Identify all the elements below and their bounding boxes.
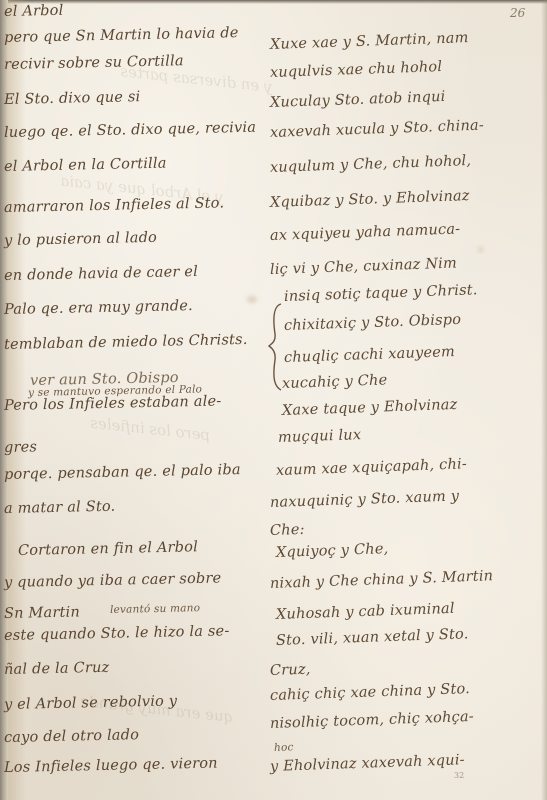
- left-line: Pero los Infieles estaban ale-: [4, 393, 222, 414]
- right-line: liç vi y Che, cuxinaz Nim: [270, 255, 458, 278]
- left-line: y el Arbol se rebolvio y: [4, 693, 178, 713]
- right-line: Xquiyoç y Che,: [276, 541, 389, 561]
- left-line: Sn Martin: [4, 604, 80, 622]
- right-line: xucahiç y Che: [282, 372, 388, 392]
- right-line: Cruz,: [270, 662, 311, 679]
- manuscript-page: y en diversas partes y el Arbol que ya c…: [0, 0, 547, 800]
- left-line: este quando Sto. le hizo la se-: [4, 623, 230, 644]
- paper-stain: [247, 296, 257, 303]
- right-line: xuqulvis xae chu hohol: [270, 59, 443, 81]
- right-line: cahiç chiç xae china y Sto.: [270, 681, 470, 704]
- interlinear-note: levantó su mano: [110, 602, 200, 616]
- left-line: Palo qe. era muy grande.: [4, 298, 193, 318]
- right-line: Sto. vili, xuan xetal y Sto.: [276, 626, 469, 649]
- right-line: hoc: [274, 741, 294, 754]
- left-line: Los Infieles luego qe. vieron: [4, 756, 218, 776]
- right-line: xaum xae xquiçapah, chi-: [276, 456, 467, 479]
- right-line: ax xquiyeu yaha namuca-: [270, 221, 461, 244]
- left-line: cayo del otro lado: [4, 727, 139, 746]
- left-line: y quando ya iba a caer sobre: [4, 570, 222, 591]
- right-line: chuqliç cachi xauyeem: [284, 344, 455, 366]
- left-line: ñal de la Cruz: [4, 660, 110, 678]
- left-line: a matar al Sto.: [4, 499, 116, 517]
- right-line: insiq sotiç taque y Christ.: [284, 282, 478, 305]
- left-line: recivir sobre su Cortilla: [4, 53, 184, 73]
- left-line: luego qe. el Sto. dixo que, recivia: [4, 120, 256, 141]
- right-line: muçqui lux: [278, 427, 362, 446]
- right-line: chixitaxiç y Sto. Obispo: [284, 312, 462, 334]
- right-line: Che:: [270, 522, 305, 539]
- right-line: Xuhosah y cab ixuminal: [276, 601, 455, 623]
- left-line: El Sto. dixo que si: [4, 89, 141, 108]
- right-line: Xuculay Sto. atob inqui: [270, 89, 446, 111]
- page-top-edge: [0, 0, 547, 4]
- footer-mark: 32: [454, 771, 464, 780]
- left-line: porqe. pensaban qe. el palo iba: [4, 462, 241, 483]
- right-line: Xaxe taque y Eholvinaz: [282, 397, 458, 419]
- right-line: Xuxe xae y S. Martin, nam: [270, 30, 469, 53]
- left-line: el Arbol: [4, 3, 64, 20]
- bleed-through-text: pero los infieles: [89, 414, 211, 444]
- left-line: Cortaron en fin el Arbol: [18, 539, 198, 559]
- page-right-edge: [541, 0, 547, 800]
- right-line: nixah y Che china y S. Martin: [270, 568, 494, 592]
- paper-stain: [478, 247, 483, 252]
- left-line: el Arbol en la Cortilla: [4, 156, 167, 175]
- right-line: xuqulum y Che, chu hohol,: [270, 153, 472, 176]
- left-line: en donde havia de caer el: [4, 264, 198, 284]
- left-line: y lo pusieron al lado: [4, 230, 157, 249]
- left-line: amarraron los Infieles al Sto.: [4, 195, 225, 216]
- right-line: naxuquiniç y Sto. xaum y: [270, 488, 460, 511]
- right-line: Xquibaz y Sto. y Eholvinaz: [270, 188, 470, 211]
- folio-number: 26: [510, 6, 525, 20]
- left-line: pero que Sn Martin lo havia de: [4, 25, 239, 46]
- left-line: gres: [4, 439, 37, 456]
- left-line: temblaban de miedo los Christs.: [4, 332, 248, 353]
- right-line: xaxevah xucula y Sto. china-: [270, 118, 485, 141]
- right-line: nisolhiç tocom, chiç xohça-: [270, 709, 474, 732]
- right-line: y Eholvinaz xaxevah xqui-: [270, 752, 465, 775]
